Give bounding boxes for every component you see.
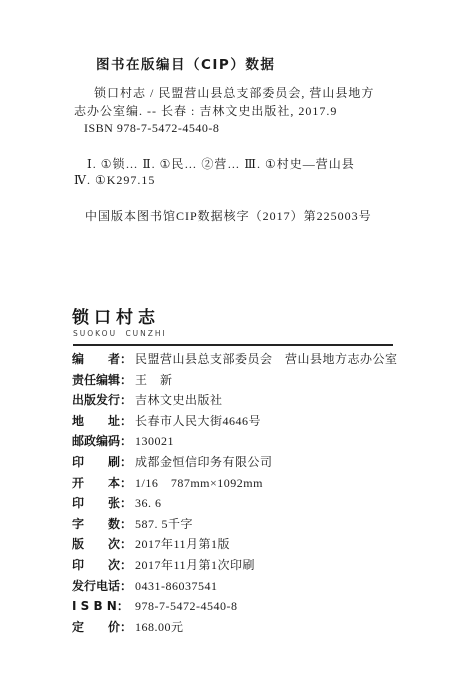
cip-classification-line-2: Ⅳ. ①K297.15 [74, 173, 155, 188]
cip-record-line-1: 锁口村志 / 民盟营山县总支部委员会, 营山县地方 [94, 84, 374, 101]
info-row-managing-editor: 责任编辑：王 新 [72, 370, 398, 391]
info-value: 36. 6 [135, 496, 162, 510]
info-row-word-count: 字 数：587. 5千字 [72, 514, 398, 535]
info-label: 印 刷： [72, 452, 135, 473]
info-row-postal-code: 邮政编码：130021 [72, 431, 398, 452]
info-value: 587. 5千字 [135, 517, 193, 531]
info-label: I S B N： [72, 596, 135, 617]
info-label: 发行电话： [72, 576, 135, 597]
info-value: 吉林文史出版社 [135, 393, 223, 407]
divider-line [73, 344, 393, 346]
info-label: 出版发行： [72, 390, 135, 411]
info-row-printer: 印 刷：成都金恒信印务有限公司 [72, 452, 398, 473]
info-row-edition: 版 次：2017年11月第1版 [72, 534, 398, 555]
info-label: 定 价： [72, 617, 135, 638]
book-title-pinyin: SUOKOU CUNZHI [73, 329, 167, 338]
info-value: 978-7-5472-4540-8 [135, 599, 237, 613]
info-label: 编 者： [72, 349, 135, 370]
info-row-impression: 印 次：2017年11月第1次印刷 [72, 555, 398, 576]
info-label: 印 张： [72, 493, 135, 514]
info-row-address: 地 址：长春市人民大街4646号 [72, 411, 398, 432]
cip-record-line-2: 志办公室编. -- 长春 : 吉林文史出版社, 2017.9 [74, 102, 337, 119]
book-title: 锁口村志 [72, 303, 160, 328]
info-value: 2017年11月第1版 [135, 537, 230, 551]
cip-classification-line-1: Ⅰ. ①锁… Ⅱ. ①民… ②营… Ⅲ. ①村史—营山县 [87, 155, 355, 172]
info-value: 2017年11月第1次印刷 [135, 558, 255, 572]
info-value: 1/16 787mm×1092mm [135, 476, 263, 490]
info-row-format: 开 本：1/16 787mm×1092mm [72, 473, 398, 494]
info-value: 成都金恒信印务有限公司 [135, 455, 273, 469]
info-label: 开 本： [72, 473, 135, 494]
info-value: 长春市人民大街4646号 [135, 414, 261, 428]
info-value: 民盟营山县总支部委员会 营山县地方志办公室 [135, 352, 398, 366]
info-value: 王 新 [135, 373, 173, 387]
copyright-page: 图书在版编目（CIP）数据 锁口村志 / 民盟营山县总支部委员会, 营山县地方 … [0, 0, 450, 676]
cip-heading: 图书在版编目（CIP）数据 [96, 53, 275, 73]
info-label: 邮政编码： [72, 431, 135, 452]
cip-record-number: 中国版本图书馆CIP数据核字（2017）第225003号 [85, 207, 372, 224]
info-row-price: 定 价：168.00元 [72, 617, 398, 638]
info-row-editor: 编 者：民盟营山县总支部委员会 营山县地方志办公室 [72, 349, 398, 370]
info-value: 130021 [135, 434, 174, 448]
info-value: 168.00元 [135, 620, 184, 634]
info-label: 版 次： [72, 534, 135, 555]
cip-isbn-line: ISBN 978-7-5472-4540-8 [84, 121, 219, 136]
info-row-distribution-phone: 发行电话：0431-86037541 [72, 576, 398, 597]
info-value: 0431-86037541 [135, 579, 218, 593]
info-label: 责任编辑： [72, 370, 135, 391]
info-label: 印 次： [72, 555, 135, 576]
info-row-printed-sheets: 印 张：36. 6 [72, 493, 398, 514]
info-row-publisher: 出版发行：吉林文史出版社 [72, 390, 398, 411]
info-label: 字 数： [72, 514, 135, 535]
info-label: 地 址： [72, 411, 135, 432]
publication-info-list: 编 者：民盟营山县总支部委员会 营山县地方志办公室 责任编辑：王 新 出版发行：… [72, 349, 398, 637]
info-row-isbn: I S B N：978-7-5472-4540-8 [72, 596, 398, 617]
